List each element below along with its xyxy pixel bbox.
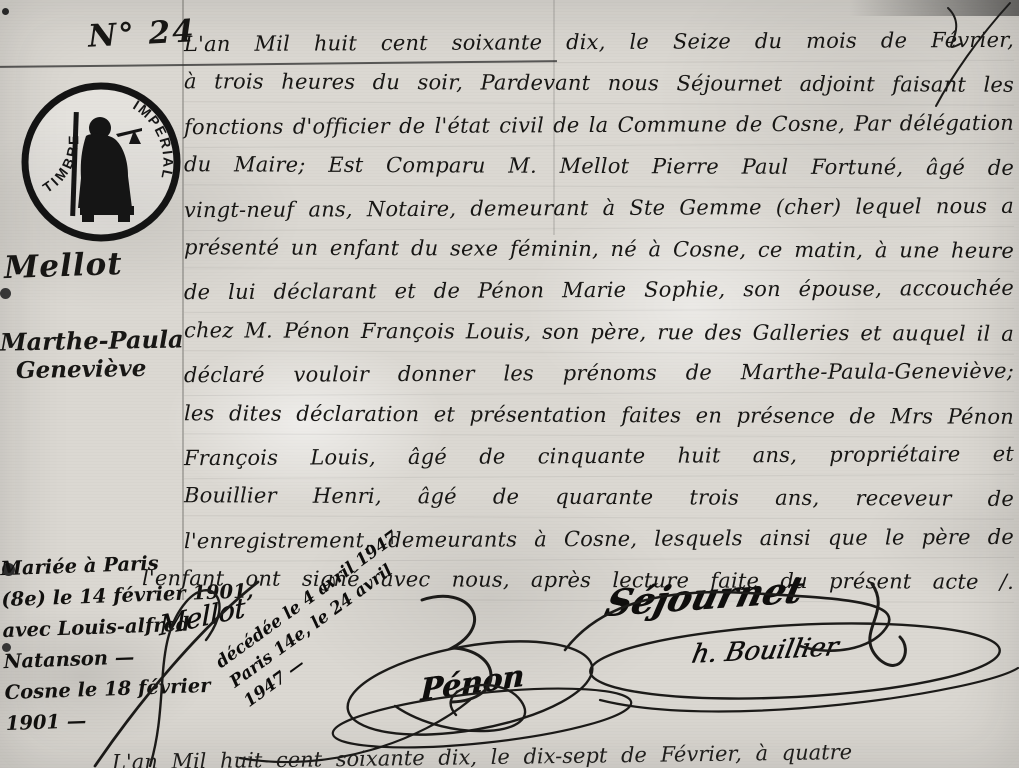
act-body-line: de lui déclarant et de Pénon Marie Sophi… xyxy=(184,268,1014,314)
signature-bouillier: h. Bouillier xyxy=(689,632,841,670)
act-body-line: Bouillier Henri, âgé de quarante trois a… xyxy=(184,475,1014,520)
signature-penon: Pénon xyxy=(420,658,525,708)
timbre-imperial-stamp: TIMBRE IMPERIAL xyxy=(20,78,182,246)
act-body-line: chez M. Pénon François Louis, son père, … xyxy=(184,310,1014,355)
act-body-line: présenté un enfant du sexe féminin, né à… xyxy=(184,227,1014,272)
scanned-register-page: N° 24 TIMBRE IMPERIAL Mellot Marthe-Paul… xyxy=(0,0,1019,768)
act-body-line: l'enregistrement, demeurants à Cosne, le… xyxy=(184,517,1014,563)
act-body-text: L'an Mil huit cent soixante dix, le Seiz… xyxy=(184,22,1014,601)
act-body-line: déclaré vouloir donner les prénoms de Ma… xyxy=(184,351,1014,397)
act-body-line: fonctions d'officier de l'état civil de … xyxy=(184,103,1014,149)
act-body-line: du Maire; Est Comparu M. Mellot Pierre P… xyxy=(184,144,1014,189)
scan-edge-shadow xyxy=(849,0,1019,16)
act-body-line: François Louis, âgé de cinquante huit an… xyxy=(184,434,1014,480)
marriage-margin-note: Mariée à Paris (8e) le 14 février 1901, … xyxy=(0,545,241,739)
margin-surname: Mellot xyxy=(3,246,123,286)
act-number: N° 24 xyxy=(87,13,197,55)
ink-specks xyxy=(2,8,9,15)
margin-given-names-line2: Geneviève xyxy=(16,355,147,384)
act-body-line: vingt-neuf ans, Notaire, demeurant à Ste… xyxy=(184,185,1014,231)
act-body-line: à trois heures du soir, Pardevant nous S… xyxy=(184,62,1014,107)
act-body-line: les dites déclaration et présentation fa… xyxy=(184,393,1014,438)
next-act-fragment: L'an Mil huit cent soixante dix, le dix-… xyxy=(112,738,1017,768)
act-body-line: l'enfant ont signé avec nous, après lect… xyxy=(142,558,1014,603)
margin-given-names-line1: Marthe-Paula xyxy=(0,324,184,356)
act-body-line: L'an Mil huit cent soixante dix, le Seiz… xyxy=(184,20,1014,66)
